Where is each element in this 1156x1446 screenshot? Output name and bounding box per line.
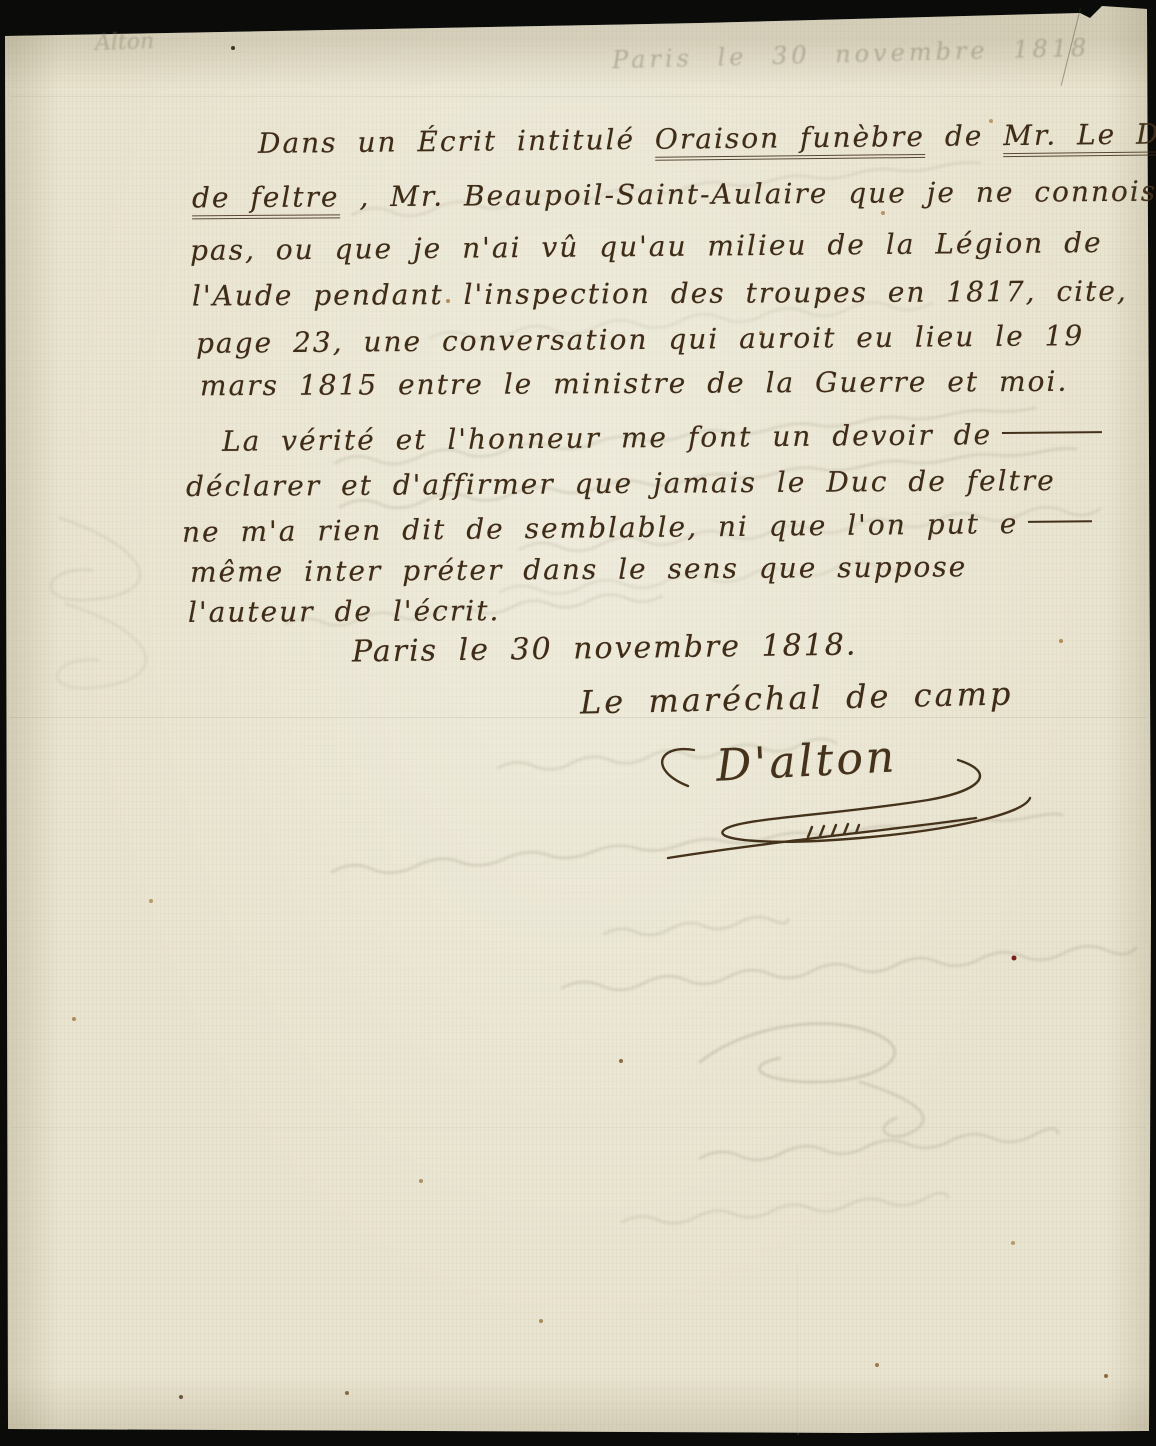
manuscript-text: l'Aude pendant l'inspection des troupes … [192,275,1128,313]
line-filler-dash [1028,520,1092,523]
underlined-phrase: Oraison funèbre [655,120,925,161]
foxing-specks [0,0,2,2]
letter-page [0,0,1156,1446]
pencil-note-name: Alton [95,29,155,56]
manuscript-line: mars 1815 entre le ministre de la Guerre… [200,365,1068,403]
manuscript-text: même inter préter dans le sens que suppo… [190,550,968,588]
manuscript-text: mars 1815 entre le ministre de la Guerre… [200,365,1068,403]
manuscript-line: l'Aude pendant l'inspection des troupes … [192,275,1128,313]
manuscript-text: La vérité et l'honneur me font un devoir… [222,418,992,458]
manuscript-line: l'auteur de l'écrit. [188,594,500,629]
manuscript-text: Dans un Écrit intitulé [258,123,655,160]
manuscript-text: l'auteur de l'écrit. [188,594,500,629]
manuscript-line: de feltre , Mr. Beaupoil-Saint-Aulaire q… [192,175,1156,215]
underlined-phrase: de feltre [192,180,340,219]
underlined-phrase: Mr. Le Duc [1003,117,1156,157]
signature: D'alton [715,731,899,791]
manuscript-text: de [925,119,1004,153]
manuscript-text: , Mr. Beaupoil-Saint-Aulaire que je ne c… [339,175,1156,214]
line-filler-dash [1002,431,1102,434]
fold-crease-vertical [797,1265,799,1435]
manuscript-line: déclarer et d'affirmer que jamais le Duc… [186,464,1056,503]
manuscript-line: même inter préter dans le sens que suppo… [190,550,968,588]
manuscript-text: déclarer et d'affirmer que jamais le Duc… [186,464,1056,503]
dateline: Paris le 30 novembre 1818. [352,627,858,669]
